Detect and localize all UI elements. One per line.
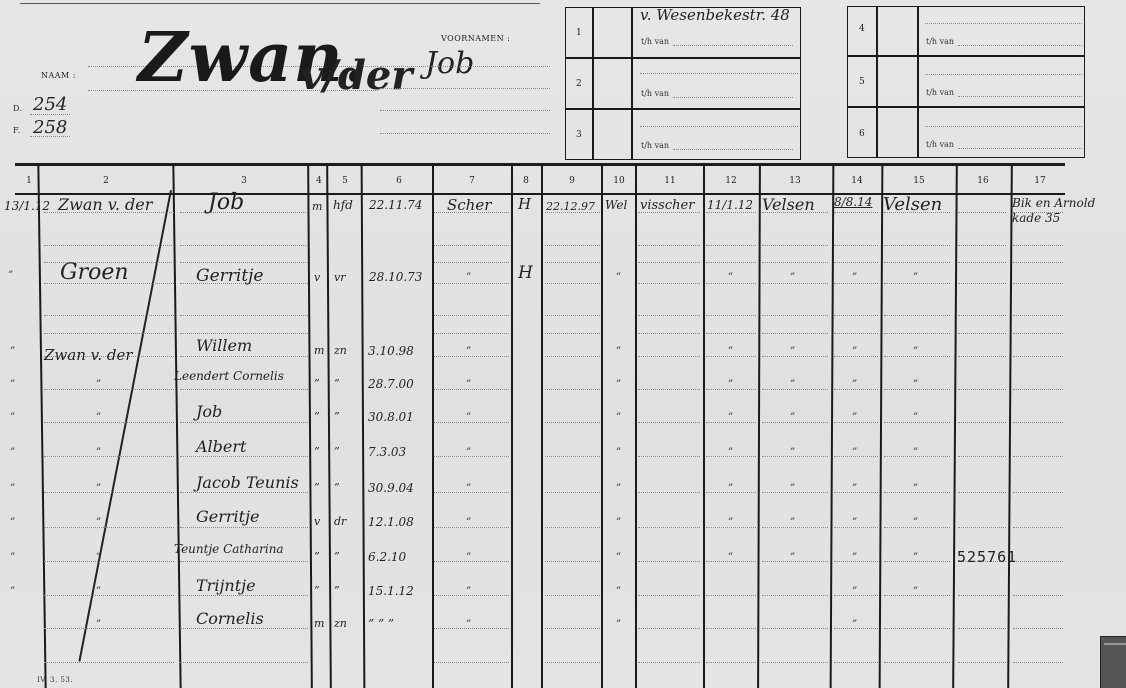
voornamen-dotline-3 — [380, 110, 550, 111]
cell-birthdate: 3.10.98 — [368, 344, 414, 358]
cell-origin: ” — [790, 483, 795, 494]
col-line-11 — [703, 166, 705, 688]
row-guide-dotline — [638, 315, 700, 316]
cell-departure-date: ” — [852, 272, 857, 283]
row-guide-dotline — [434, 456, 509, 457]
row-guide-dotline — [958, 662, 1006, 663]
cell-birthdate: 28.7.00 — [368, 377, 414, 391]
row-guide-dotline — [958, 456, 1006, 457]
cell-origin: ” — [790, 272, 795, 283]
row-guide-dotline — [762, 628, 828, 629]
cell-arrival-date: ” — [728, 447, 733, 458]
row-guide-dotline — [706, 212, 756, 213]
cell-birthdate: 28.10.73 — [369, 270, 422, 284]
cell-firstname: Trijntje — [196, 576, 256, 595]
col-header-8: 8 — [519, 176, 533, 186]
cell-col10: ” — [616, 379, 621, 390]
cell-col10: ” — [616, 272, 621, 283]
voornamen-dotline-1 — [380, 66, 550, 67]
f-label: F. — [13, 126, 21, 135]
cell-relation: ” — [334, 481, 340, 494]
row-guide-dotline — [706, 283, 756, 284]
row-guide-dotline — [434, 561, 509, 562]
th-van-4: t/h van — [926, 37, 954, 46]
cell-firstname: Leendert Cornelis — [174, 369, 284, 383]
row-guide-dotline — [180, 456, 308, 457]
cell-birthplace: ” — [466, 619, 471, 630]
cell-relation: dr — [334, 515, 346, 528]
addr-6-dotline — [925, 126, 1082, 127]
cell-birthplace: Scher — [447, 196, 491, 214]
cell-sex: v — [314, 271, 320, 284]
row-guide-dotline — [545, 315, 600, 316]
row-guide-dotline — [44, 315, 174, 316]
row-guide-dotline — [545, 527, 600, 528]
row-guide-dotline — [884, 333, 950, 334]
col-header-9: 9 — [562, 176, 582, 186]
row-guide-dotline — [545, 356, 600, 357]
row-guide-dotline — [638, 527, 700, 528]
cell-departure-date: ” — [852, 619, 857, 630]
row-guide-dotline — [545, 561, 600, 562]
row-guide-dotline — [180, 356, 308, 357]
row-guide-dotline — [434, 422, 509, 423]
row-guide-dotline — [180, 315, 308, 316]
row-guide-dotline — [44, 561, 174, 562]
row-guide-dotline — [884, 662, 950, 663]
row-guide-dotline — [545, 262, 600, 263]
row-guide-dotline — [958, 283, 1006, 284]
address-1-text: v. Wesenbekestr. 48 — [640, 6, 790, 24]
cell-birthplace: ” — [466, 272, 471, 283]
th-van-dotline-6 — [958, 148, 1082, 149]
address-box-right — [847, 6, 1085, 158]
cell-surname: Groen — [60, 260, 129, 285]
cell-birthdate: 30.8.01 — [368, 410, 414, 424]
cell-departure-date: ” — [852, 483, 857, 494]
row-guide-dotline — [958, 595, 1006, 596]
cell-firstname: Gerritje — [196, 507, 260, 526]
cell-surname: ” — [96, 447, 101, 458]
cell-surname: ” — [96, 412, 101, 423]
address-box-left — [565, 7, 801, 160]
surname-prefix: v/der — [300, 52, 412, 99]
row-guide-dotline — [762, 245, 828, 246]
row-guide-dotline — [638, 456, 700, 457]
row-guide-dotline — [434, 315, 509, 316]
address-num-4: 4 — [859, 24, 865, 34]
cell-departure-date: ” — [852, 346, 857, 357]
cell-birthdate: 7.3.03 — [368, 445, 406, 459]
row-guide-dotline — [180, 262, 308, 263]
row-guide-dotline — [180, 245, 308, 246]
cell-origin: ” — [790, 412, 795, 423]
row-guide-dotline — [638, 662, 700, 663]
col-header-17: 17 — [1028, 176, 1052, 186]
row-guide-dotline — [1013, 527, 1063, 528]
cell-surname: ” — [96, 483, 101, 494]
col-line-9 — [601, 166, 603, 688]
col-header-1: 1 — [22, 176, 36, 186]
cell-departure-date: ” — [852, 412, 857, 423]
row-guide-dotline — [44, 245, 174, 246]
voornamen-label: VOORNAMEN : — [441, 34, 510, 43]
addr-4-dotline — [925, 23, 1082, 24]
row-guide-dotline — [44, 662, 174, 663]
row-guide-dotline — [434, 662, 509, 663]
d-label: D. — [13, 104, 23, 113]
row-guide-dotline — [1013, 245, 1063, 246]
cell-sex: ” — [314, 584, 320, 597]
col-header-4: 4 — [312, 176, 326, 186]
row-guide-dotline — [834, 212, 878, 213]
cell-departure-date: ” — [852, 552, 857, 563]
row-guide-dotline — [638, 492, 700, 493]
cell-birthdate: ” ” ” — [368, 617, 394, 631]
cell-firstname: Albert — [196, 437, 246, 456]
cell-relation: ” — [334, 584, 340, 597]
cell-date-registered: ” — [10, 586, 15, 597]
cell-date-registered: ” — [10, 552, 15, 563]
voornamen-dotline-4 — [380, 133, 550, 134]
row-guide-dotline — [545, 245, 600, 246]
voornamen-dotline-2 — [380, 88, 550, 89]
cell-birthplace: ” — [466, 412, 471, 423]
addr-right-row-line-2 — [847, 106, 1084, 108]
col-line-14 — [879, 166, 883, 688]
col-header-12: 12 — [719, 176, 743, 186]
row-guide-dotline — [706, 245, 756, 246]
cell-birthplace: ” — [466, 379, 471, 390]
row-guide-dotline — [638, 262, 700, 263]
row-guide-dotline — [180, 389, 308, 390]
row-guide-dotline — [884, 315, 950, 316]
cell-destination: ” — [913, 346, 918, 357]
th-van-5: t/h van — [926, 88, 954, 97]
d-dotline — [30, 114, 70, 115]
row-guide-dotline — [180, 595, 308, 596]
cell-destination: ” — [913, 412, 918, 423]
row-guide-dotline — [638, 422, 700, 423]
naam-label: NAAM : — [41, 71, 76, 80]
col-line-16 — [1007, 166, 1012, 688]
th-van-3: t/h van — [641, 141, 669, 150]
row-guide-dotline — [638, 283, 700, 284]
cell-arrival-date: ” — [728, 346, 733, 357]
cell-birthdate: 30.9.04 — [368, 481, 414, 495]
cell-col10: ” — [616, 483, 621, 494]
row-guide-dotline — [706, 262, 756, 263]
th-van-dotline-1 — [673, 45, 793, 46]
row-guide-dotline — [434, 333, 509, 334]
row-guide-dotline — [762, 315, 828, 316]
row-guide-dotline — [958, 389, 1006, 390]
row-guide-dotline — [884, 262, 950, 263]
cell-relation: ” — [334, 377, 340, 390]
row-guide-dotline — [884, 245, 950, 246]
th-van-6: t/h van — [926, 140, 954, 149]
row-guide-dotline — [834, 245, 878, 246]
cell-date-registered: ” — [10, 517, 15, 528]
row-guide-dotline — [1013, 333, 1063, 334]
row-guide-dotline — [638, 389, 700, 390]
cell-arrival-date: ” — [728, 517, 733, 528]
row-guide-dotline — [958, 333, 1006, 334]
row-guide-dotline — [434, 527, 509, 528]
col-header-6: 6 — [389, 176, 409, 186]
addr-left-divider-2 — [631, 7, 633, 159]
cell-sex: v — [314, 515, 320, 528]
cell-col10: ” — [616, 447, 621, 458]
row-guide-dotline — [545, 422, 600, 423]
row-guide-dotline — [434, 628, 509, 629]
cell-col10: Wel — [605, 198, 627, 212]
cell-destination: ” — [913, 586, 918, 597]
row-guide-dotline — [44, 527, 174, 528]
addr-left-row-line-1 — [565, 57, 800, 59]
col-line-12 — [757, 166, 760, 688]
cell-sex: m — [314, 344, 324, 357]
row-guide-dotline — [1013, 262, 1063, 263]
cell-surname: ” — [96, 552, 101, 563]
cell-relation: zn — [334, 617, 347, 630]
cell-firstname: Gerritje — [196, 266, 264, 286]
cell-firstname: Willem — [196, 336, 252, 355]
addr-right-row-line-1 — [847, 55, 1084, 57]
population-register-card: NAAM : Zwan. v/der VOORNAMEN : Job D. 25… — [0, 0, 1126, 688]
row-guide-dotline — [1013, 422, 1063, 423]
cell-destination: ” — [913, 483, 918, 494]
row-guide-dotline — [434, 356, 509, 357]
cell-firstname: Jacob Teunis — [196, 473, 299, 492]
cell-occupation: visscher — [640, 198, 694, 213]
row-guide-dotline — [545, 628, 600, 629]
row-guide-dotline — [958, 262, 1006, 263]
cell-relation: hfd — [333, 198, 353, 212]
col-header-10: 10 — [609, 176, 629, 186]
cell-origin: ” — [790, 447, 795, 458]
row-guide-dotline — [958, 628, 1006, 629]
row-guide-dotline — [434, 245, 509, 246]
cell-sex: ” — [314, 550, 320, 563]
row-guide-dotline — [434, 389, 509, 390]
cell-birthdate: 15.1.12 — [368, 584, 414, 598]
row-guide-dotline — [545, 389, 600, 390]
cell-date-registered: ” — [10, 379, 15, 390]
row-guide-dotline — [638, 561, 700, 562]
cell-birthdate: 22.11.74 — [369, 198, 422, 212]
row-guide-dotline — [1013, 283, 1063, 284]
row-guide-dotline — [638, 333, 700, 334]
row-guide-dotline — [762, 662, 828, 663]
th-van-dotline-4 — [958, 45, 1082, 46]
cell-arrival-date: ” — [728, 552, 733, 563]
cell-firstname: Teuntje Catharina — [174, 542, 284, 556]
cell-surname: Zwan v. der — [44, 346, 133, 364]
cell-surname: ” — [96, 619, 101, 630]
cell-destination: ” — [913, 447, 918, 458]
cell-sex: m — [314, 617, 324, 630]
th-van-dotline-5 — [958, 96, 1082, 97]
cell-remarks: Bik en Arnold kade 35 — [1012, 196, 1122, 226]
cell-date-registered: ” — [8, 270, 13, 281]
cell-birthplace: ” — [466, 447, 471, 458]
address-num-6: 6 — [859, 129, 865, 139]
row-guide-dotline — [706, 628, 756, 629]
row-guide-dotline — [958, 245, 1006, 246]
row-guide-dotline — [545, 492, 600, 493]
cell-departure-date: 8/8.14 — [834, 195, 872, 209]
row-guide-dotline — [180, 662, 308, 663]
row-guide-dotline — [44, 389, 174, 390]
cell-religion: H — [518, 195, 531, 213]
row-guide-dotline — [44, 333, 174, 334]
f-value: 258 — [33, 117, 67, 138]
row-guide-dotline — [834, 315, 878, 316]
th-van-2: t/h van — [641, 89, 669, 98]
row-guide-dotline — [706, 315, 756, 316]
f-dotline — [30, 136, 70, 137]
address-num-1: 1 — [576, 28, 582, 38]
cell-surname: Zwan v. der — [58, 195, 152, 214]
top-border — [20, 3, 540, 4]
cell-destination: ” — [913, 517, 918, 528]
row-guide-dotline — [180, 492, 308, 493]
row-guide-dotline — [1013, 456, 1063, 457]
address-num-5: 5 — [859, 77, 865, 87]
row-guide-dotline — [434, 283, 509, 284]
col-header-7: 7 — [462, 176, 482, 186]
cell-destination: ” — [913, 379, 918, 390]
th-van-dotline-3 — [673, 149, 793, 150]
cell-col10: ” — [616, 346, 621, 357]
row-guide-dotline — [958, 492, 1006, 493]
row-guide-dotline — [1013, 628, 1063, 629]
row-guide-dotline — [545, 283, 600, 284]
row-guide-dotline — [180, 628, 308, 629]
row-guide-dotline — [834, 283, 878, 284]
addr-left-divider-1 — [592, 7, 594, 159]
cell-sex: m — [312, 200, 322, 213]
row-guide-dotline — [762, 595, 828, 596]
row-guide-dotline — [706, 595, 756, 596]
row-guide-dotline — [762, 262, 828, 263]
cell-firstname: Cornelis — [196, 609, 264, 628]
th-van-1: t/h van — [641, 37, 669, 46]
col-header-14: 14 — [845, 176, 869, 186]
cell-relation: zn — [334, 344, 347, 357]
cell-relation: vr — [334, 271, 345, 284]
addr-2-dotline — [640, 73, 798, 74]
row-guide-dotline — [1013, 595, 1063, 596]
cell-birthplace: ” — [466, 517, 471, 528]
cell-sex: ” — [314, 481, 320, 494]
row-guide-dotline — [180, 527, 308, 528]
cell-departure-date: ” — [852, 447, 857, 458]
cell-col10: ” — [616, 619, 621, 630]
row-guide-dotline — [834, 333, 878, 334]
cell-sex: ” — [314, 445, 320, 458]
cell-firstname: Job — [196, 402, 222, 421]
row-guide-dotline — [180, 561, 308, 562]
row-guide-dotline — [1013, 492, 1063, 493]
row-guide-dotline — [834, 262, 878, 263]
col-line-15 — [952, 166, 957, 688]
cell-birthplace: ” — [466, 586, 471, 597]
row-guide-dotline — [884, 283, 950, 284]
cell-birthplace: ” — [466, 483, 471, 494]
row-guide-dotline — [638, 245, 700, 246]
row-guide-dotline — [638, 356, 700, 357]
cell-col10: ” — [616, 412, 621, 423]
cell-origin: ” — [790, 552, 795, 563]
row-guide-dotline — [762, 333, 828, 334]
cell-birthdate: 6.2.10 — [368, 550, 406, 564]
row-guide-dotline — [180, 422, 308, 423]
col-header-3: 3 — [234, 176, 254, 186]
cell-destination: ” — [913, 272, 918, 283]
row-guide-dotline — [44, 628, 174, 629]
row-guide-dotline — [545, 595, 600, 596]
cell-origin: ” — [790, 517, 795, 528]
cell-origin: ” — [790, 379, 795, 390]
cell-origin: Velsen — [762, 195, 815, 214]
cell-col10: ” — [616, 586, 621, 597]
cell-surname: ” — [96, 517, 101, 528]
col-line-5 — [361, 166, 365, 688]
col-header-13: 13 — [783, 176, 807, 186]
cell-marriage-date: 22.12.97 — [546, 200, 595, 213]
form-code: IV. 3. 53. — [37, 676, 73, 684]
row-guide-dotline — [434, 262, 509, 263]
cell-relation: ” — [334, 410, 340, 423]
col-header-15: 15 — [907, 176, 931, 186]
row-guide-dotline — [834, 662, 878, 663]
row-guide-dotline — [1013, 389, 1063, 390]
addr-5-dotline — [925, 74, 1082, 75]
col-line-7 — [511, 166, 513, 688]
col-header-16: 16 — [971, 176, 995, 186]
address-num-3: 3 — [576, 130, 582, 140]
cell-arrival-date: 11/1.12 — [707, 198, 753, 212]
cell-col10: ” — [616, 517, 621, 528]
addr-3-dotline — [640, 126, 798, 127]
col-line-10 — [635, 166, 637, 688]
cell-date-registered: ” — [10, 483, 15, 494]
cell-religion: H — [518, 263, 533, 283]
cell-birthplace: ” — [466, 552, 471, 563]
row-guide-dotline — [706, 662, 756, 663]
row-guide-dotline — [884, 628, 950, 629]
cell-relation: ” — [334, 445, 340, 458]
row-guide-dotline — [545, 333, 600, 334]
first-name: Job — [425, 46, 474, 81]
cell-birthdate: 12.1.08 — [368, 515, 414, 529]
col-header-11: 11 — [658, 176, 682, 186]
cell-surname: ” — [96, 586, 101, 597]
cell-arrival-date: ” — [728, 412, 733, 423]
cell-birthplace: ” — [466, 346, 471, 357]
d-value: 254 — [33, 94, 67, 115]
cell-arrival-date: ” — [728, 272, 733, 283]
cell-destination: Velsen — [883, 194, 942, 215]
row-guide-dotline — [434, 595, 509, 596]
cell-relation: ” — [334, 550, 340, 563]
cell-date-registered: ” — [10, 346, 15, 357]
row-guide-dotline — [44, 422, 174, 423]
row-guide-dotline — [958, 212, 1006, 213]
row-guide-dotline — [762, 283, 828, 284]
